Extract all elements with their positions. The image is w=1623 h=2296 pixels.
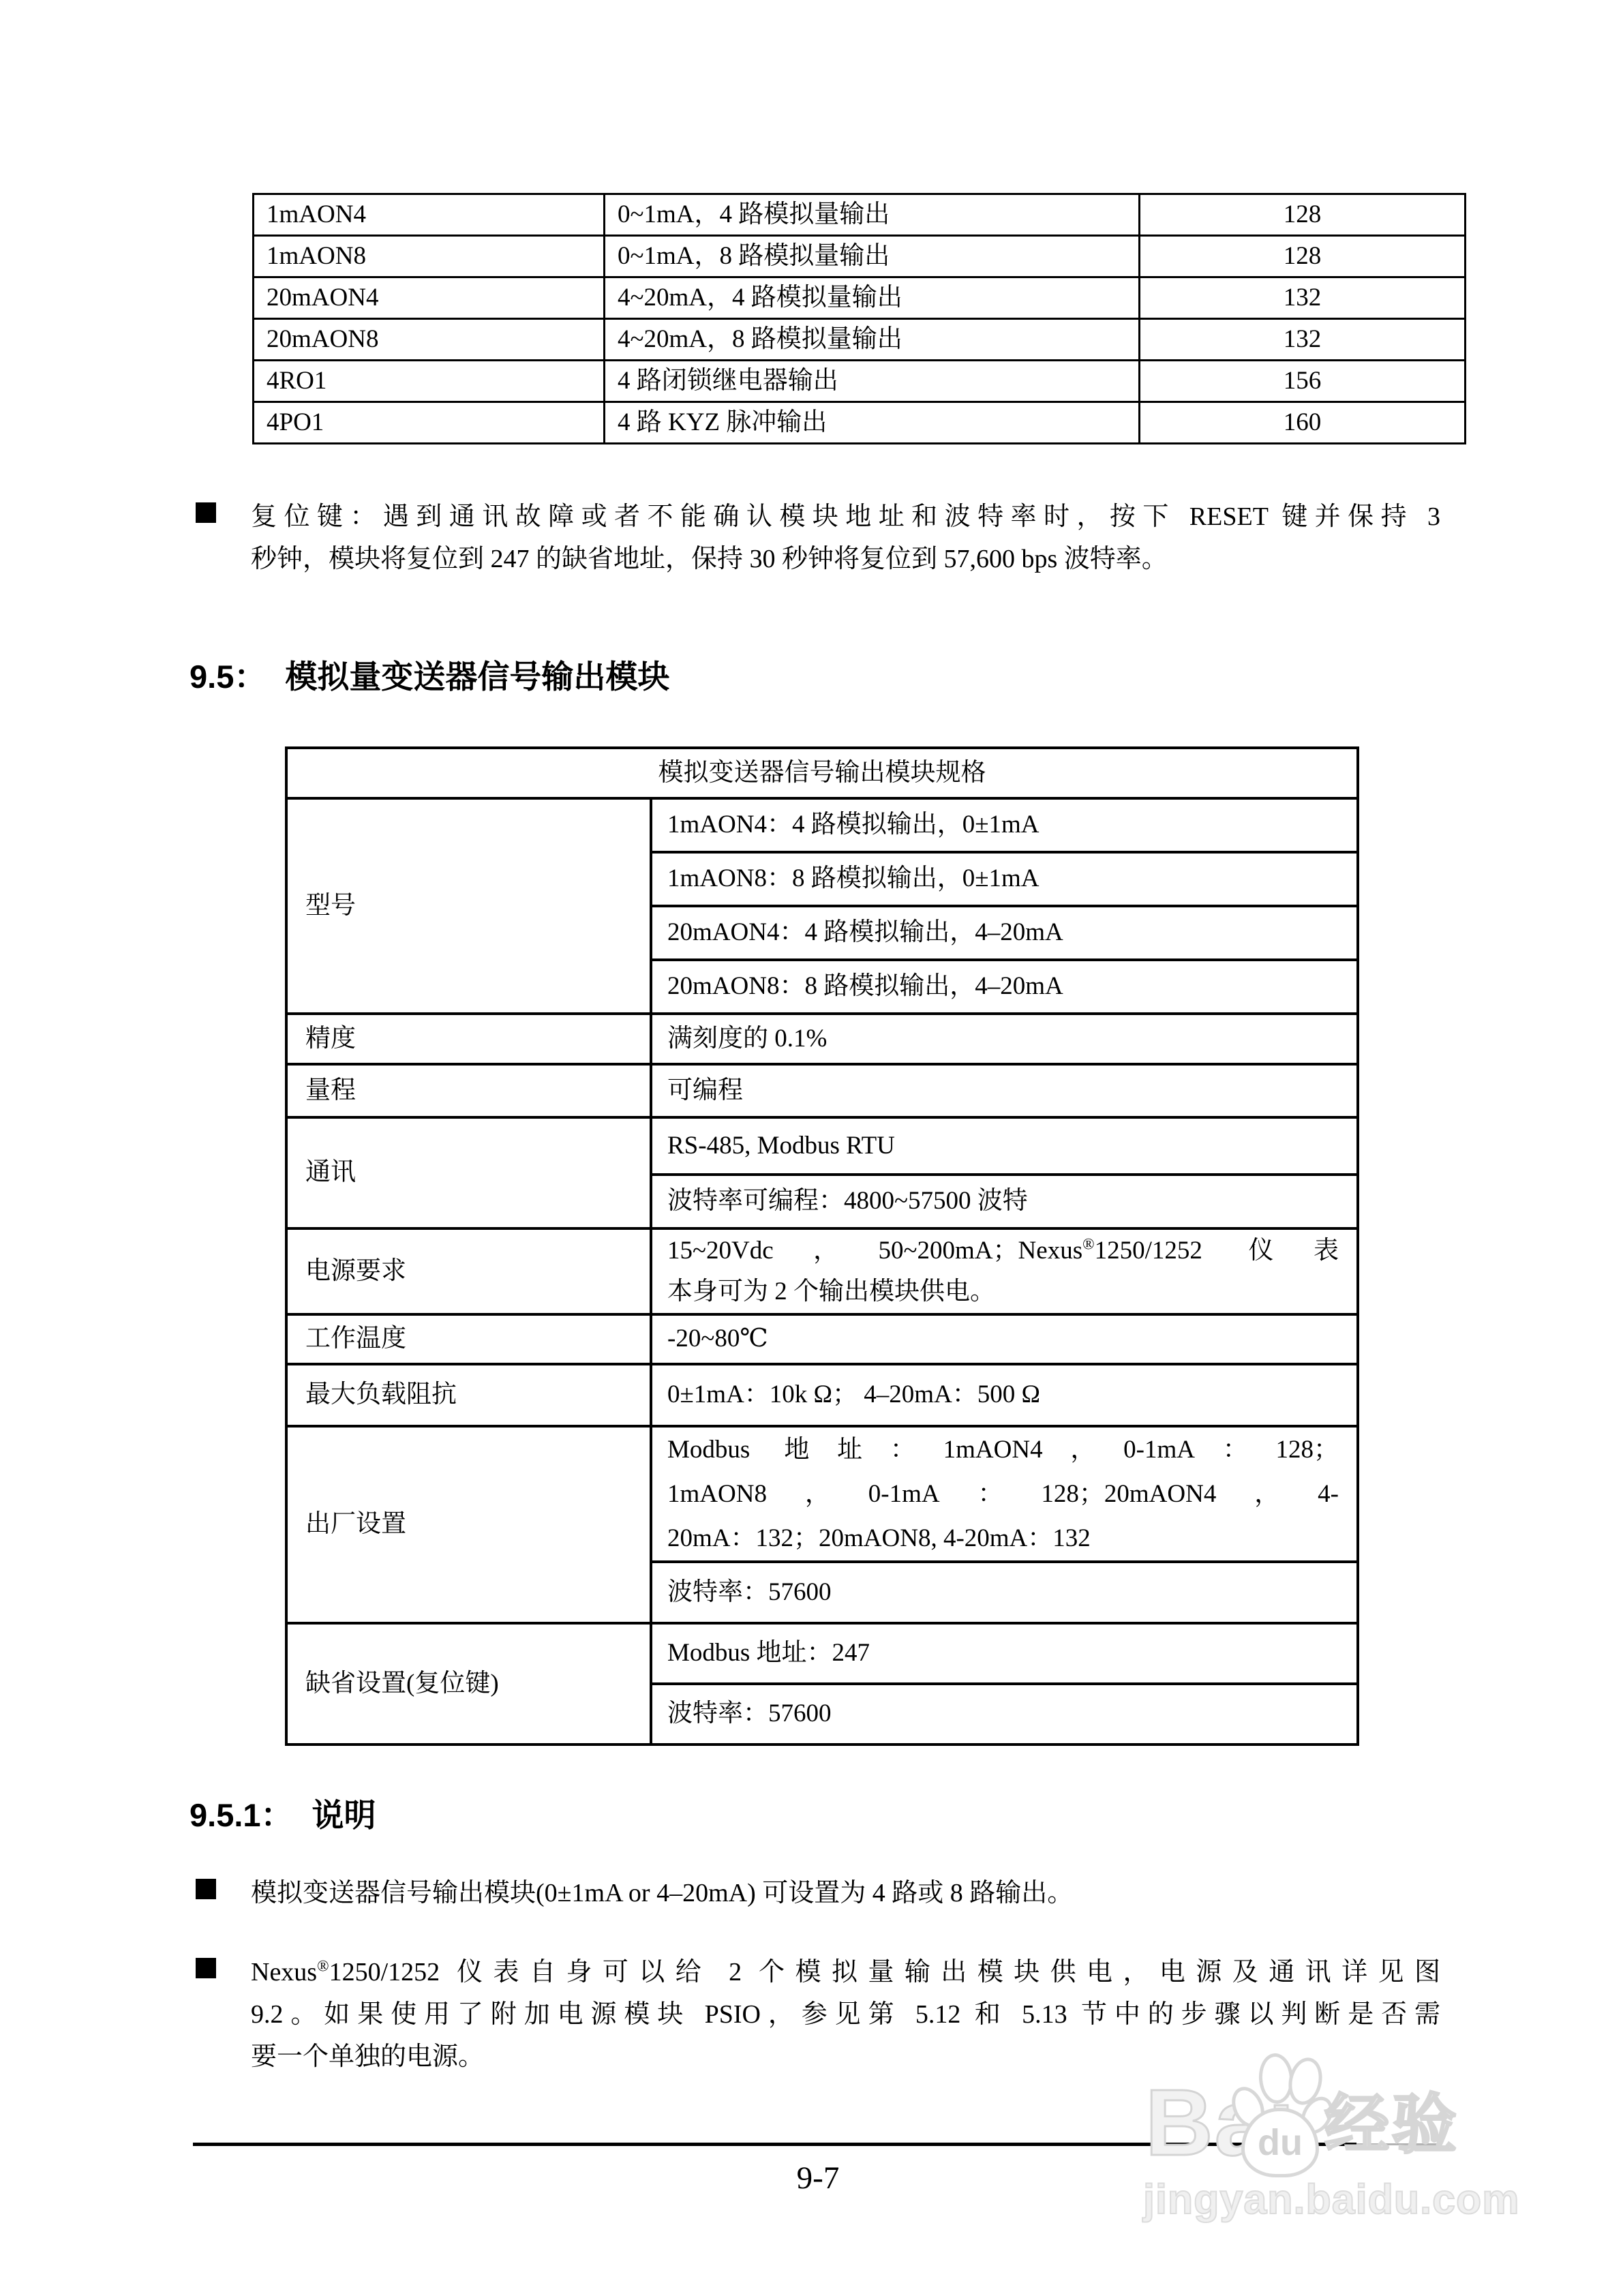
section-9-5-heading: 9.5：模拟量变送器信号输出模块 — [189, 659, 669, 695]
address-cell: 128 — [1140, 236, 1466, 277]
power-value-cell: 15~20Vdc，50~200mA；Nexus®1250/1252 仪表 本身可… — [651, 1228, 1358, 1314]
load-value-cell: 0±1mA：10k Ω； 4–20mA：500 Ω — [651, 1364, 1358, 1426]
table-row: 型号 1mAON4：4 路模拟输出，0±1mA — [286, 798, 1358, 852]
table-row: 4PO1 4 路 KYZ 脉冲输出 160 — [254, 402, 1466, 444]
note-line: Nexus®1250/1252 仪表自身可以给 2 个模拟量输出模块供电，电源及… — [251, 1951, 1440, 1993]
address-cell: 128 — [1140, 194, 1466, 236]
description-cell: 4 路闭锁继电器输出 — [605, 361, 1140, 402]
table-row: 缺省设置(复位键) Modbus 地址：247 — [286, 1623, 1358, 1684]
registered-mark: ® — [1082, 1236, 1094, 1253]
load-label-cell: 最大负载阻抗 — [286, 1364, 651, 1426]
note-line: 模拟变送器信号输出模块(0±1mA or 4–20mA) 可设置为 4 路或 8… — [251, 1872, 1440, 1914]
table-row: 20mAON8 4~20mA，8 路模拟量输出 132 — [254, 319, 1466, 361]
manual-page: 1mAON4 0~1mA，4 路模拟量输出 128 1mAON8 0~1mA，8… — [0, 0, 1623, 2296]
baidu-paw-icon: du — [1232, 2051, 1322, 2175]
model-cell: 20mAON8 — [254, 319, 605, 361]
default-label-cell: 缺省设置(复位键) — [286, 1623, 651, 1744]
note-line: 复位键：遇到通讯故障或者不能确认模块地址和波特率时，按下 RESET 键并保持 … — [251, 496, 1440, 538]
table-row: 4RO1 4 路闭锁继电器输出 156 — [254, 361, 1466, 402]
factory-line: 20mA：132；20mAON8, 4-20mA：132 — [667, 1516, 1339, 1560]
section-number: 9.5.1： — [189, 1797, 293, 1833]
section-title: 模拟量变送器信号输出模块 — [285, 659, 669, 695]
table-row: 通讯 RS-485, Modbus RTU — [286, 1117, 1358, 1175]
watermark-du-text: du — [1258, 2121, 1303, 2164]
page-number: 9-7 — [716, 2160, 920, 2196]
baidu-jingyan-watermark: Bai du 经验 jingyan.baidu.com — [1142, 2045, 1469, 2243]
output-channels-note-text: 模拟变送器信号输出模块(0±1mA or 4–20mA) 可设置为 4 路或 8… — [251, 1872, 1440, 1914]
range-value-cell: 可编程 — [651, 1064, 1358, 1117]
section-9-5-1-heading: 9.5.1：说明 — [189, 1797, 376, 1834]
spec-table: 模拟变送器信号输出模块规格 型号 1mAON4：4 路模拟输出，0±1mA 1m… — [285, 746, 1359, 1746]
table-row: 1mAON4 0~1mA，4 路模拟量输出 128 — [254, 194, 1466, 236]
bullet-square-icon — [196, 502, 216, 523]
table-row: 模拟变送器信号输出模块规格 — [286, 748, 1358, 798]
temp-label-cell: 工作温度 — [286, 1314, 651, 1364]
factory-line: 1mAON8，0-1mA：128；20mAON4，4- — [667, 1472, 1339, 1516]
table-row: 工作温度 -20~80℃ — [286, 1314, 1358, 1364]
table-row: 电源要求 15~20Vdc，50~200mA；Nexus®1250/1252 仪… — [286, 1228, 1358, 1314]
model-option-cell: 1mAON4：4 路模拟输出，0±1mA — [651, 798, 1358, 852]
section-title: 说明 — [312, 1797, 376, 1833]
address-cell: 156 — [1140, 361, 1466, 402]
comm-label-cell: 通讯 — [286, 1117, 651, 1228]
default-baud-cell: 波特率：57600 — [651, 1684, 1358, 1744]
watermark-site-url: jingyan.baidu.com — [1143, 2179, 1520, 2220]
model-cell: 20mAON4 — [254, 277, 605, 319]
power-label-cell: 电源要求 — [286, 1228, 651, 1314]
table-row: 20mAON4 4~20mA，4 路模拟量输出 132 — [254, 277, 1466, 319]
module-address-table: 1mAON4 0~1mA，4 路模拟量输出 128 1mAON8 0~1mA，8… — [252, 193, 1466, 444]
accuracy-label-cell: 精度 — [286, 1014, 651, 1064]
factory-line: Modbus 地址：1mAON4，0-1mA：128； — [667, 1428, 1339, 1472]
description-cell: 4~20mA，8 路模拟量输出 — [605, 319, 1140, 361]
model-cell: 4RO1 — [254, 361, 605, 402]
reset-key-note-text: 复位键：遇到通讯故障或者不能确认模块地址和波特率时，按下 RESET 键并保持 … — [251, 496, 1440, 580]
note-line: 9.2。如果使用了附加电源模块 PSIO，参见第 5.12 和 5.13 节中的… — [251, 1993, 1440, 2036]
model-cell: 4PO1 — [254, 402, 605, 444]
model-option-cell: 1mAON8：8 路模拟输出，0±1mA — [651, 852, 1358, 906]
temp-value-cell: -20~80℃ — [651, 1314, 1358, 1364]
reset-key-note: 复位键：遇到通讯故障或者不能确认模块地址和波特率时，按下 RESET 键并保持 … — [191, 496, 1448, 580]
description-cell: 4~20mA，4 路模拟量输出 — [605, 277, 1140, 319]
table-row: 量程 可编程 — [286, 1064, 1358, 1117]
spec-table-title: 模拟变送器信号输出模块规格 — [286, 748, 1358, 798]
table-row: 最大负载阻抗 0±1mA：10k Ω； 4–20mA：500 Ω — [286, 1364, 1358, 1426]
address-cell: 132 — [1140, 277, 1466, 319]
table-row: 精度 满刻度的 0.1% — [286, 1014, 1358, 1064]
factory-baud-cell: 波特率：57600 — [651, 1562, 1358, 1623]
note-line: 秒钟，模块将复位到 247 的缺省地址，保持 30 秒钟将复位到 57,600 … — [251, 538, 1440, 580]
model-cell: 1mAON4 — [254, 194, 605, 236]
table-row: 出厂设置 Modbus 地址：1mAON4，0-1mA：128； 1mAON8，… — [286, 1426, 1358, 1562]
model-label-cell: 型号 — [286, 798, 651, 1014]
comm-baud-cell: 波特率可编程：4800~57500 波特 — [651, 1175, 1358, 1228]
watermark-jingyan-text: 经验 — [1324, 2093, 1459, 2158]
factory-label-cell: 出厂设置 — [286, 1426, 651, 1623]
model-option-cell: 20mAON4：4 路模拟输出，4–20mA — [651, 906, 1358, 960]
address-cell: 160 — [1140, 402, 1466, 444]
bullet-square-icon — [196, 1879, 216, 1899]
table-row: 1mAON8 0~1mA，8 路模拟量输出 128 — [254, 236, 1466, 277]
bullet-square-icon — [196, 1958, 216, 1978]
default-address-cell: Modbus 地址：247 — [651, 1623, 1358, 1684]
registered-mark: ® — [317, 1957, 329, 1974]
description-cell: 4 路 KYZ 脉冲输出 — [605, 402, 1140, 444]
model-option-cell: 20mAON8：8 路模拟输出，4–20mA — [651, 960, 1358, 1014]
range-label-cell: 量程 — [286, 1064, 651, 1117]
factory-address-cell: Modbus 地址：1mAON4，0-1mA：128； 1mAON8，0-1mA… — [651, 1426, 1358, 1562]
address-cell: 132 — [1140, 319, 1466, 361]
accuracy-value-cell: 满刻度的 0.1% — [651, 1014, 1358, 1064]
power-line: 15~20Vdc，50~200mA；Nexus®1250/1252 仪表 — [667, 1230, 1339, 1271]
model-cell: 1mAON8 — [254, 236, 605, 277]
description-cell: 0~1mA，4 路模拟量输出 — [605, 194, 1140, 236]
output-channels-note: 模拟变送器信号输出模块(0±1mA or 4–20mA) 可设置为 4 路或 8… — [191, 1872, 1448, 1914]
description-cell: 0~1mA，8 路模拟量输出 — [605, 236, 1140, 277]
power-line: 本身可为 2 个输出模块供电。 — [667, 1271, 1339, 1312]
comm-protocol-cell: RS-485, Modbus RTU — [651, 1117, 1358, 1175]
section-number: 9.5： — [189, 659, 266, 695]
